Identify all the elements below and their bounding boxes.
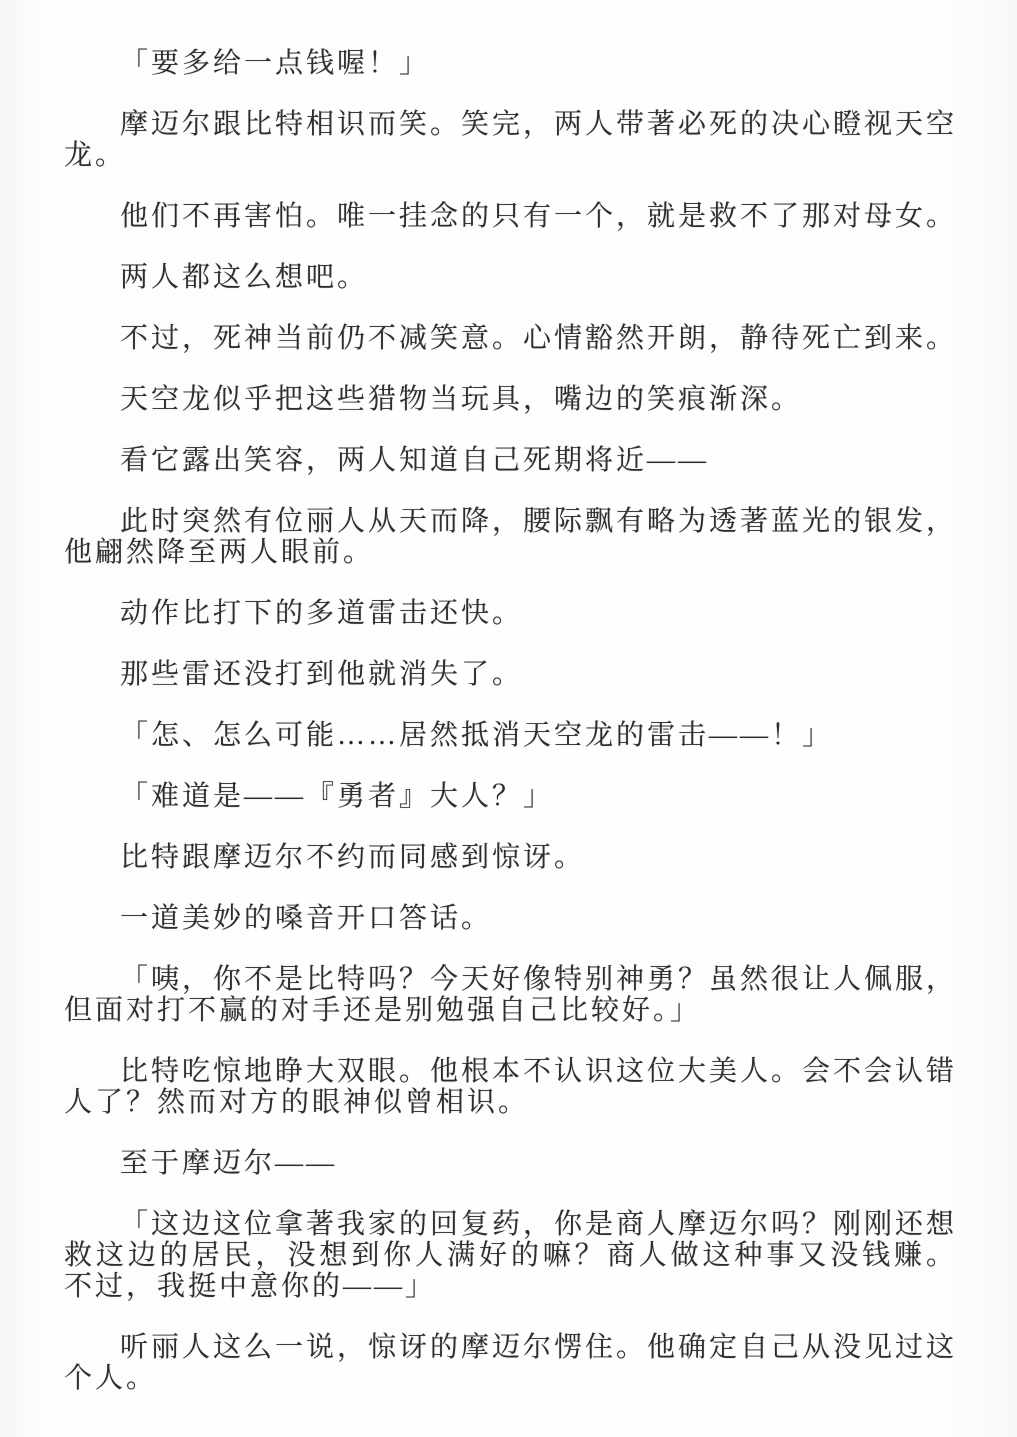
paragraph: 「难道是——『勇者』大人？」 — [64, 781, 957, 812]
paragraph: 不过，死神当前仍不减笑意。心情豁然开朗，静待死亡到来。 — [64, 323, 957, 354]
paragraph: 比特吃惊地睁大双眼。他根本不认识这位大美人。会不会认错人了？然而对方的眼神似曾相… — [64, 1056, 957, 1118]
paragraph: 看它露出笑容，两人知道自己死期将近—— — [64, 445, 957, 476]
paragraph: 他们不再害怕。唯一挂念的只有一个，就是救不了那对母女。 — [64, 201, 957, 232]
paragraph: 「要多给一点钱喔！」 — [64, 48, 957, 79]
paragraph: 动作比打下的多道雷击还快。 — [64, 598, 957, 629]
paragraph: 比特跟摩迈尔不约而同感到惊讶。 — [64, 842, 957, 873]
paragraph: 天空龙似乎把这些猎物当玩具，嘴边的笑痕渐深。 — [64, 384, 957, 415]
paragraph: 至于摩迈尔—— — [64, 1148, 957, 1179]
paragraph: 「怎、怎么可能……居然抵消天空龙的雷击——！」 — [64, 720, 957, 751]
novel-page-text: 「要多给一点钱喔！」摩迈尔跟比特相识而笑。笑完，两人带著必死的决心瞪视天空龙。他… — [64, 48, 957, 1394]
paragraph: 那些雷还没打到他就消失了。 — [64, 659, 957, 690]
paragraph: 摩迈尔跟比特相识而笑。笑完，两人带著必死的决心瞪视天空龙。 — [64, 109, 957, 171]
paragraph: 此时突然有位丽人从天而降，腰际飘有略为透著蓝光的银发，他翩然降至两人眼前。 — [64, 506, 957, 568]
paragraph: 「咦，你不是比特吗？今天好像特别神勇？虽然很让人佩服，但面对打不赢的对手还是别勉… — [64, 964, 957, 1026]
paragraph: 一道美妙的嗓音开口答话。 — [64, 903, 957, 934]
novel-page: 「要多给一点钱喔！」摩迈尔跟比特相识而笑。笑完，两人带著必死的决心瞪视天空龙。他… — [0, 0, 1017, 1437]
paragraph: 「这边这位拿著我家的回复药，你是商人摩迈尔吗？刚刚还想救这边的居民，没想到你人满… — [64, 1209, 957, 1302]
paragraph: 听丽人这么一说，惊讶的摩迈尔愣住。他确定自己从没见过这个人。 — [64, 1332, 957, 1394]
paragraph: 两人都这么想吧。 — [64, 262, 957, 293]
